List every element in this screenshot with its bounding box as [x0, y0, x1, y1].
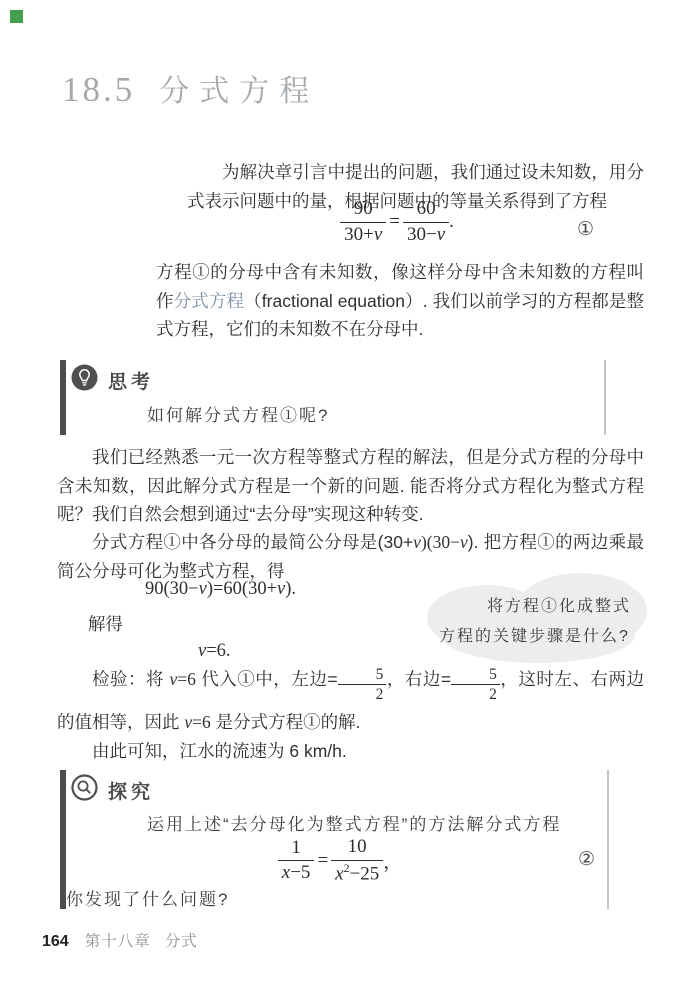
fraction-left: 90 30+v — [340, 198, 386, 247]
fraction-right: 60 30−v — [403, 198, 449, 247]
think-left-bar — [60, 360, 66, 435]
verification-paragraph: 检验：将 v=6 代入①中，左边=52，右边=52，这时左、右两边的值相等，因此… — [57, 660, 644, 741]
fraction-right: 10 x2−25 — [331, 836, 383, 886]
equals-sign: = — [317, 850, 328, 872]
page-number: 164 — [42, 933, 69, 951]
equation-period: . — [449, 211, 454, 233]
corner-marker — [10, 10, 23, 23]
key-term: 分式方程 — [174, 291, 245, 311]
margin-note-cloud: 将方程①化成整式 方程的关键步骤是什么? — [425, 571, 649, 669]
section-title-text: 分式方程 — [159, 75, 319, 108]
explore-instruction: 运用上述“去分母化为整式方程”的方法解分式方程 — [147, 810, 561, 835]
equation-comma: ， — [383, 847, 402, 874]
fraction-five-halves: 52 — [451, 666, 500, 703]
equation-2-label: ② — [578, 848, 595, 871]
definition-paragraph: 方程①的分母中含有未知数，像这样分母中含未知数的方程叫作分式方程（fractio… — [156, 258, 644, 344]
equation-2: 1 x−5 = 10 x2−25 ， — [140, 836, 540, 886]
explore-heading: 探究 — [108, 777, 154, 804]
cloud-line-2: 方程的关键步骤是什么? — [439, 623, 630, 646]
body-paragraph-1: 我们已经熟悉一元一次方程等整式方程的解法，但是分式方程的分母中含未知数，因此解分… — [57, 443, 644, 529]
magnifier-icon — [71, 774, 98, 801]
cloud-line-1: 将方程①化成整式 — [487, 593, 631, 616]
chapter-title: 第十八章 — [85, 929, 151, 951]
explore-right-rule — [607, 770, 609, 909]
chapter-section: 分式 — [165, 929, 198, 951]
think-heading: 思考 — [108, 367, 154, 394]
think-right-rule — [604, 360, 606, 435]
fraction-left: 1 x−5 — [278, 837, 315, 886]
solve-label: 解得 — [88, 611, 123, 636]
think-question: 如何解分式方程①呢? — [147, 401, 329, 426]
textbook-page: 18.5分式方程 为解决章引言中提出的问题，我们通过设未知数，用分式表示问题中的… — [0, 0, 699, 987]
lightbulb-icon — [71, 364, 98, 391]
equation-1: 90 30+v = 60 30−v . — [187, 198, 607, 247]
section-title: 18.5分式方程 — [62, 66, 319, 110]
equals-sign: = — [389, 211, 400, 233]
page-footer: 164 第十八章 分式 — [42, 929, 198, 951]
transformed-equation: 90(30−v)=60(30+v). — [145, 579, 296, 600]
solution-value: v=6. — [198, 641, 231, 662]
fraction-five-halves: 52 — [338, 666, 387, 703]
conclusion-line: 由此可知，江水的流速为 6 km/h. — [57, 737, 644, 766]
explore-left-bar — [60, 770, 66, 909]
section-number: 18.5 — [62, 70, 135, 109]
equation-1-label: ① — [577, 218, 594, 241]
explore-question: 你发现了什么问题? — [66, 885, 229, 910]
